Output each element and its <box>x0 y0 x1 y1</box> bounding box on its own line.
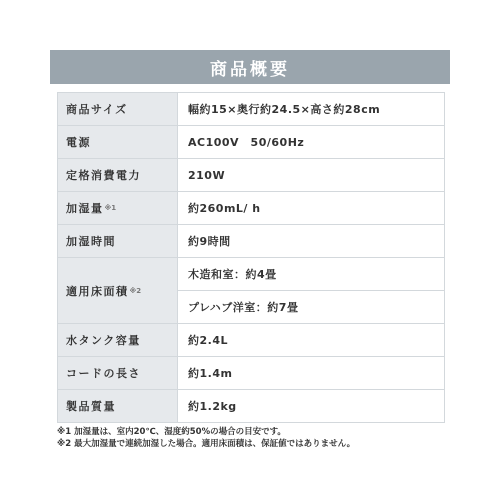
row-value-wooden: 木造和室：約4畳 <box>178 258 444 291</box>
table-row-weight: 製品質量 約1.2kg <box>58 390 444 422</box>
row-value: 約260mL/ h <box>178 192 444 224</box>
label-text: 電源 <box>66 134 91 150</box>
label-text: 加湿時間 <box>66 233 116 249</box>
row-value: 幅約15×奥行約24.5×高さ約28cm <box>178 93 444 125</box>
label-text: コードの長さ <box>66 365 141 381</box>
label-text: 商品サイズ <box>66 101 128 117</box>
row-label: 商品サイズ <box>58 93 178 125</box>
row-label: 水タンク容量 <box>58 324 178 356</box>
row-value: 約1.4m <box>178 357 444 389</box>
section-title: 商品概要 <box>50 50 450 84</box>
row-value: 約9時間 <box>178 225 444 257</box>
row-value: AC100V 50/60Hz <box>178 126 444 158</box>
row-value: 約2.4L <box>178 324 444 356</box>
label-text: 定格消費電力 <box>66 167 141 183</box>
spec-table: 商品サイズ 幅約15×奥行約24.5×高さ約28cm 電源 AC100V 50/… <box>57 92 445 423</box>
row-label: 加湿量※1 <box>58 192 178 224</box>
row-label: 製品質量 <box>58 390 178 422</box>
row-value: 約1.2kg <box>178 390 444 422</box>
table-row-size: 商品サイズ 幅約15×奥行約24.5×高さ約28cm <box>58 93 444 126</box>
footnote-2: ※2 最大加湿量で連続加湿した場合。適用床面積は、保証値ではありません。 <box>57 438 355 450</box>
label-text: 製品質量 <box>66 398 116 414</box>
label-text: 水タンク容量 <box>66 332 141 348</box>
footnote-mark: ※2 <box>130 287 142 295</box>
table-row-tank: 水タンク容量 約2.4L <box>58 324 444 357</box>
footnote-mark: ※1 <box>105 204 117 212</box>
row-label: 電源 <box>58 126 178 158</box>
footnotes: ※1 加湿量は、室内20℃、湿度約50%の場合の目安です。 ※2 最大加湿量で連… <box>57 426 355 450</box>
row-value: 210W <box>178 159 444 191</box>
row-label: 適用床面積※2 <box>58 258 178 323</box>
row-label: コードの長さ <box>58 357 178 389</box>
table-row-cord: コードの長さ 約1.4m <box>58 357 444 390</box>
row-subvalues: 木造和室：約4畳 プレハブ洋室：約7畳 <box>178 258 444 323</box>
table-row-consumption: 定格消費電力 210W <box>58 159 444 192</box>
row-value-prefab: プレハブ洋室：約7畳 <box>178 291 444 323</box>
label-text: 加湿量 <box>66 200 104 216</box>
table-row-duration: 加湿時間 約9時間 <box>58 225 444 258</box>
table-row-power: 電源 AC100V 50/60Hz <box>58 126 444 159</box>
table-row-humidification: 加湿量※1 約260mL/ h <box>58 192 444 225</box>
label-text: 適用床面積 <box>66 283 129 299</box>
row-label: 加湿時間 <box>58 225 178 257</box>
table-row-floor-area: 適用床面積※2 木造和室：約4畳 プレハブ洋室：約7畳 <box>58 258 444 324</box>
footnote-1: ※1 加湿量は、室内20℃、湿度約50%の場合の目安です。 <box>57 426 355 438</box>
row-label: 定格消費電力 <box>58 159 178 191</box>
